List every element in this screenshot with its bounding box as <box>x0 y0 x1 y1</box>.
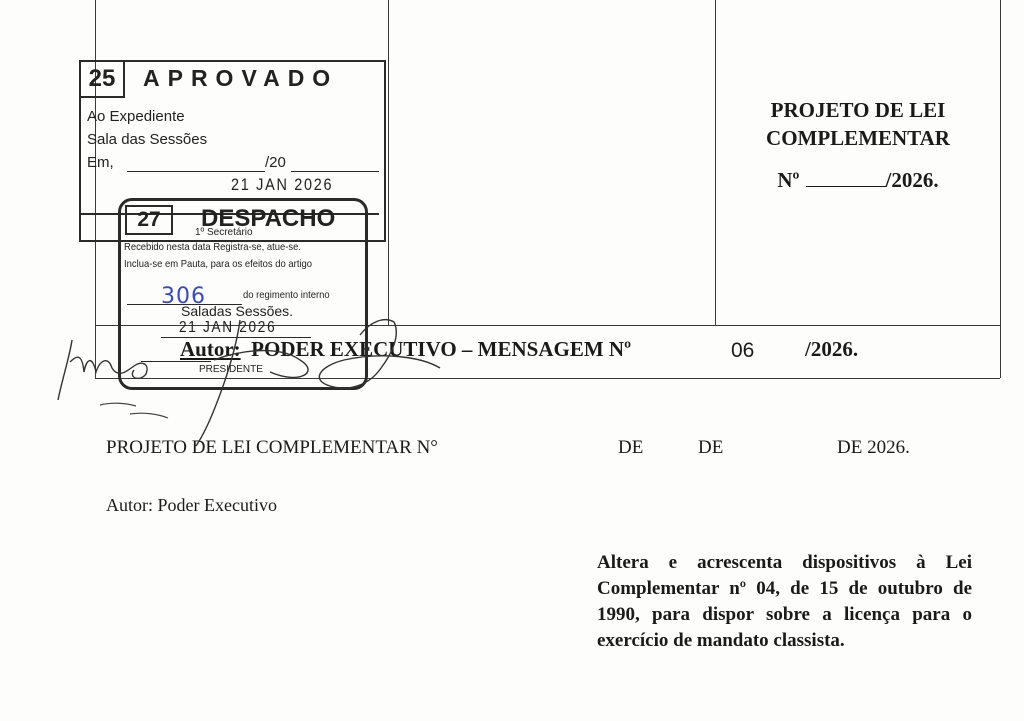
table-divider-1 <box>388 0 389 325</box>
stamp-aprovado-number: 25 <box>81 62 125 98</box>
stamp-aprovado-signer: 1º Secretário <box>195 227 253 238</box>
document-title-de-2: DE <box>698 437 723 459</box>
stamp-despacho-signature-line <box>141 361 211 362</box>
document-title-year: DE 2026. <box>837 437 910 459</box>
table-border-right <box>1000 0 1001 378</box>
stamp-despacho: 27 DESPACHO 1º Secretário Recebido nesta… <box>118 198 368 390</box>
table-divider-2 <box>715 0 716 325</box>
stamp-aprovado-line: Sala das Sessões <box>87 131 207 148</box>
stamp-aprovado-year-prefix: /20 <box>265 154 286 171</box>
project-number-prefix: Nº <box>777 168 799 192</box>
stamp-despacho-signer: PRESIDENTE <box>199 364 263 375</box>
stamp-despacho-number: 27 <box>125 205 173 235</box>
document-title-de-1: DE <box>618 437 643 459</box>
project-number-blank <box>806 168 886 187</box>
project-number: Nº/2026. <box>716 168 1000 193</box>
stamp-despacho-date-line <box>161 337 311 338</box>
message-year: /2026. <box>805 337 858 362</box>
stamp-aprovado-line: Ao Expediente <box>87 108 185 125</box>
table-border-left-bottom <box>95 325 96 378</box>
stamp-despacho-date: 21 JAN 2026 <box>179 319 276 337</box>
stamp-despacho-line: Inclua-se em Pauta, para os efeitos do a… <box>124 258 312 270</box>
project-title: PROJETO DE LEI COMPLEMENTAR <box>716 96 1000 152</box>
stamp-aprovado-title: APROVADO <box>143 65 338 92</box>
stamp-aprovado-line: Em, <box>87 154 114 171</box>
stamp-despacho-line: Recebido nesta data Registra-se, atue-se… <box>124 241 301 253</box>
document-ementa: Altera e acrescenta dispositivos à Lei C… <box>597 550 972 654</box>
document-title: PROJETO DE LEI COMPLEMENTAR N° <box>106 437 438 459</box>
stamp-aprovado-date: 21 JAN 2026 <box>231 175 333 195</box>
stamp-aprovado-date-blank <box>127 171 265 172</box>
stamp-aprovado-year-blank <box>291 171 379 172</box>
stamp-despacho-sala: Saladas Sessões. <box>181 303 293 319</box>
document-author: Autor: Poder Executivo <box>106 495 277 516</box>
stamp-despacho-line: do regimento interno <box>243 289 330 301</box>
project-number-suffix: /2026. <box>886 168 939 192</box>
message-number: 06 <box>731 339 754 363</box>
